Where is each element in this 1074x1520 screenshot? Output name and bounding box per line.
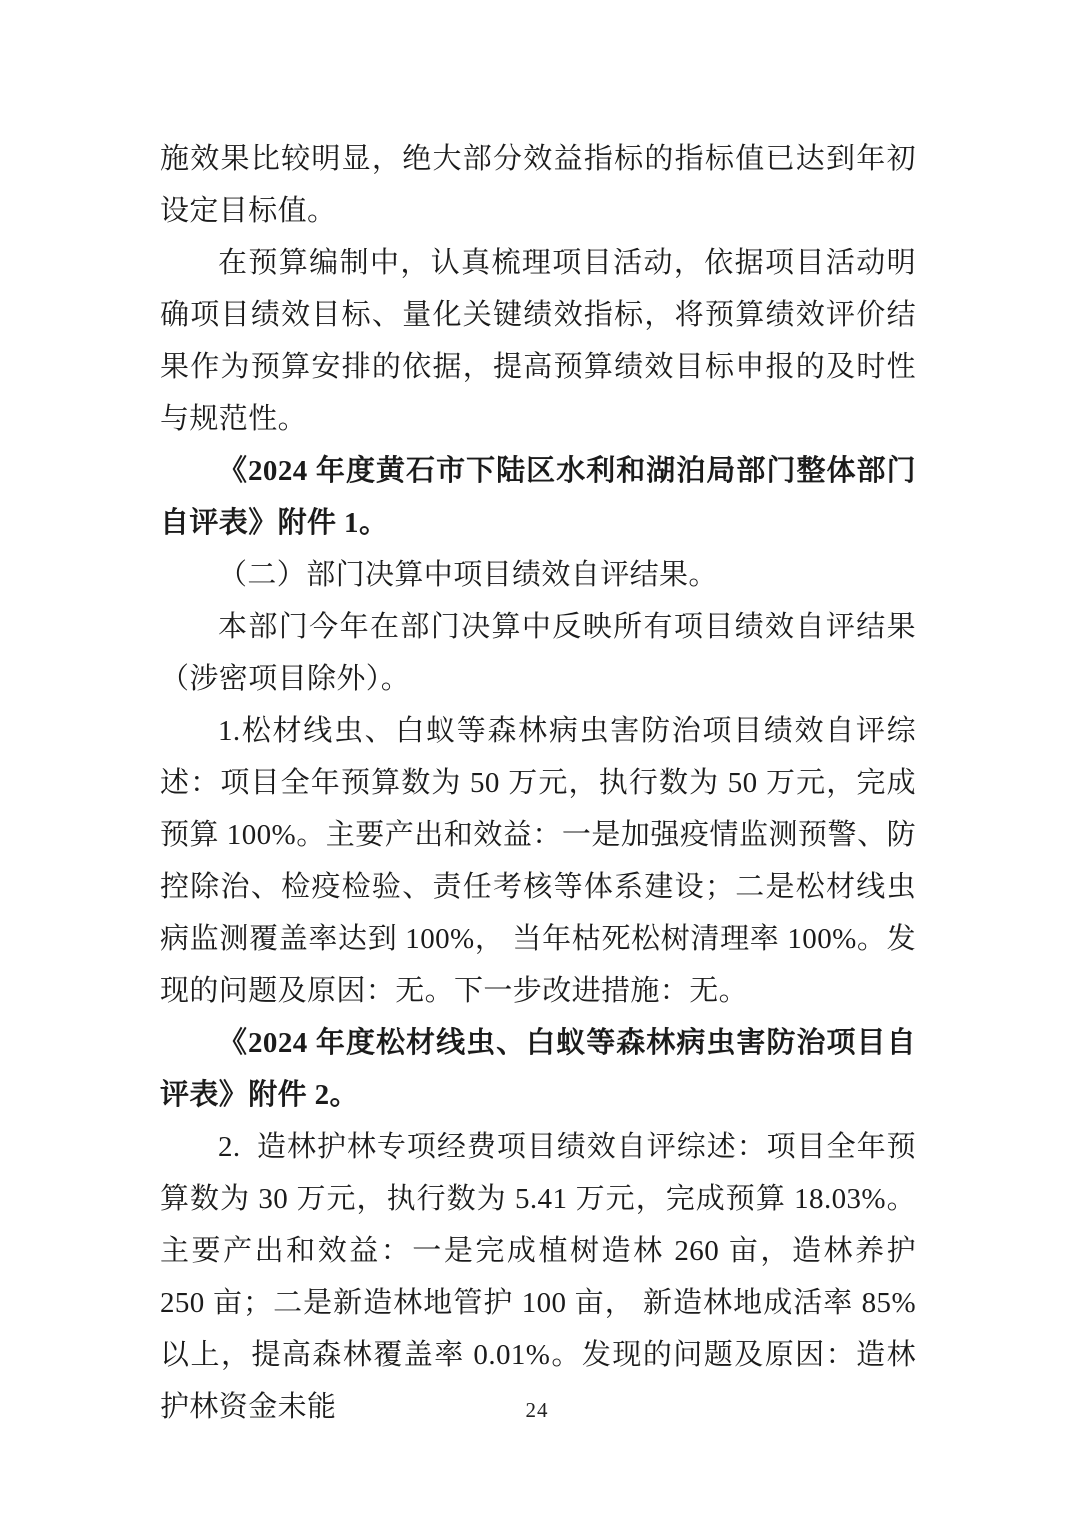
- heading-section-two: （二）部门决算中项目绩效自评结果。: [160, 549, 916, 601]
- document-page: 施效果比较明显，绝大部分效益指标的指标值已达到年初设定目标值。 在预算编制中，认…: [0, 0, 1074, 1520]
- paragraph-final-accounts-scope: 本部门今年在部门决算中反映所有项目绩效自评结果（涉密项目除外）。: [160, 601, 916, 705]
- page-footer: 24: [0, 1398, 1074, 1423]
- paragraph-continuation-effect: 施效果比较明显，绝大部分效益指标的指标值已达到年初设定目标值。: [160, 133, 916, 237]
- heading-attachment-2: 《2024 年度松材线虫、白蚁等森林病虫害防治项目自评表》附件 2。: [160, 1017, 916, 1121]
- paragraph-budget-compilation: 在预算编制中，认真梳理项目活动，依据项目活动明确项目绩效目标、量化关键绩效指标，…: [160, 237, 916, 445]
- paragraph-project-2-afforestation: 2. 造林护林专项经费项目绩效自评综述：项目全年预算数为 30 万元，执行数为 …: [160, 1121, 916, 1433]
- page-number: 24: [526, 1398, 549, 1422]
- document-body: 施效果比较明显，绝大部分效益指标的指标值已达到年初设定目标值。 在预算编制中，认…: [160, 133, 916, 1433]
- paragraph-project-1-pine-pest-control: 1.松材线虫、白蚁等森林病虫害防治项目绩效自评综述：项目全年预算数为 50 万元…: [160, 705, 916, 1017]
- heading-attachment-1: 《2024 年度黄石市下陆区水利和湖泊局部门整体部门自评表》附件 1。: [160, 445, 916, 549]
